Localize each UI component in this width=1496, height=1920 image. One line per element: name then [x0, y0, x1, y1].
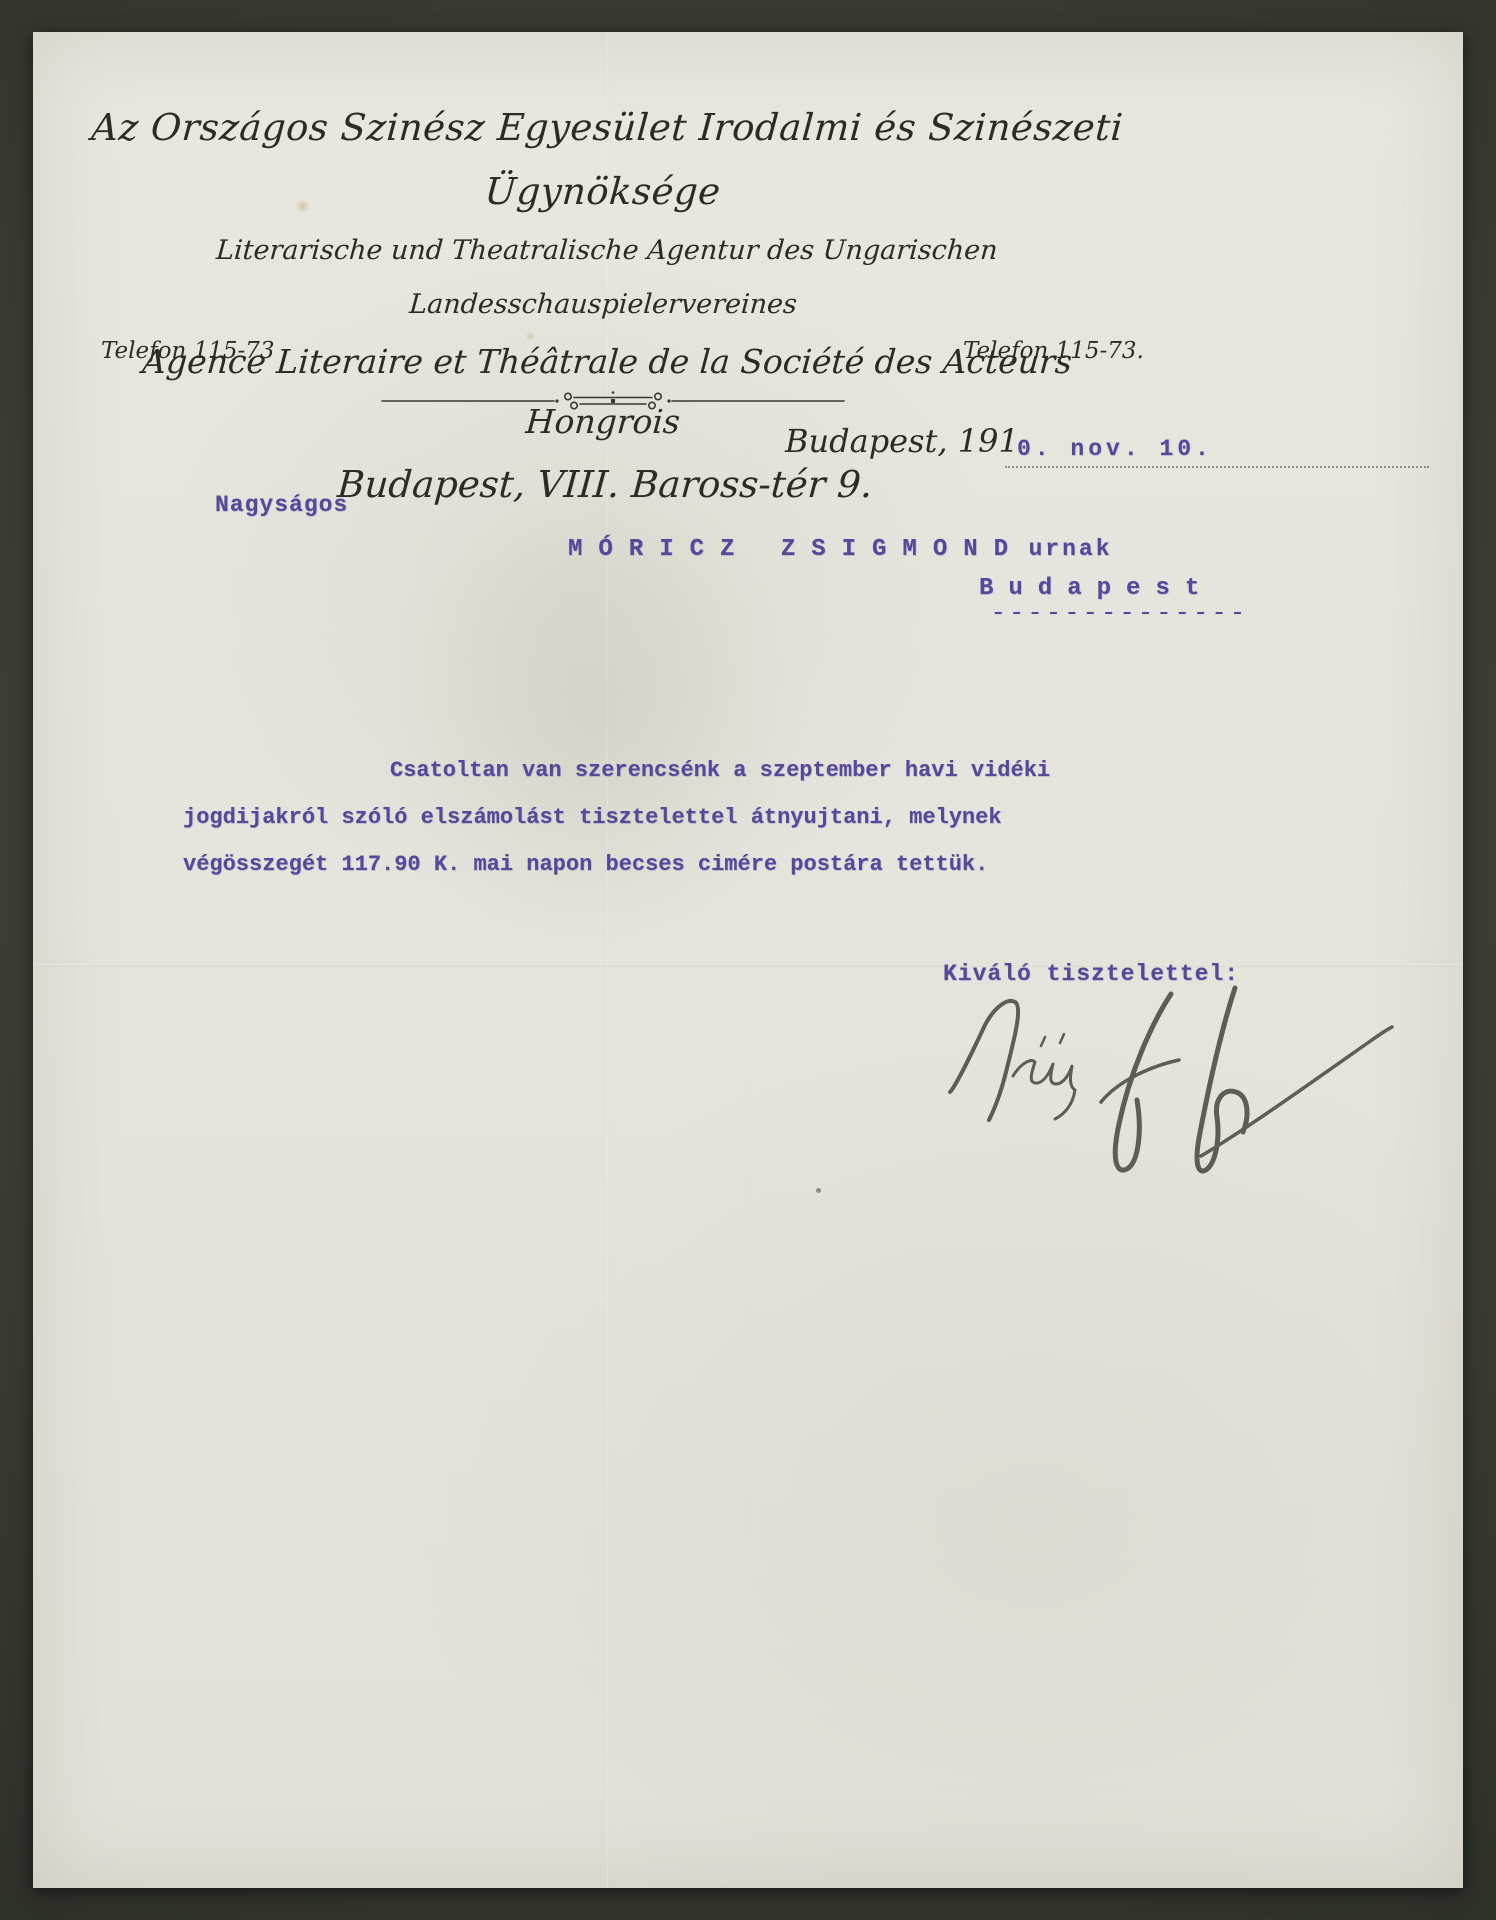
- body-line-1: Csatoltan van szerencsénk a szeptember h…: [390, 758, 1050, 783]
- recipient-name-suffix: urnak: [1029, 536, 1113, 562]
- handwritten-signature: [913, 980, 1413, 1190]
- recipient-underline: --------------: [991, 604, 1249, 623]
- recipient-name-line: MÓRICZ ZSIGMOND urnak: [568, 536, 1113, 563]
- divider-ornament: [378, 388, 848, 414]
- date-printed-prefix: Budapest, 191: [785, 422, 1019, 460]
- telefon-number-right: Telefon 115-73.: [963, 338, 1144, 364]
- telefon-number-left: Telefon 115-73: [101, 338, 275, 364]
- ink-speck: [816, 1188, 821, 1193]
- fold-crease-vertical-2: [745, 452, 747, 1552]
- body-line-3: végösszegét 117.90 K. mai napon becses c…: [183, 852, 988, 877]
- letterhead-line-hungarian: Az Országos Szinész Egyesület Irodalmi é…: [71, 96, 1140, 224]
- ink-bleedthrough-stain: [363, 452, 823, 972]
- date-dotted-line: [1005, 440, 1429, 468]
- scan-background: Az Országos Szinész Egyesület Irodalmi é…: [0, 0, 1496, 1920]
- letterhead-line-german: Literarische und Theatralische Agentur d…: [71, 224, 1139, 332]
- fold-crease-horizontal: [33, 964, 1463, 967]
- recipient-name: MÓRICZ ZSIGMOND: [568, 536, 1024, 563]
- salutation: Nagyságos: [215, 492, 348, 518]
- recipient-city: Budapest: [979, 575, 1214, 602]
- letter-paper: Az Országos Szinész Egyesület Irodalmi é…: [33, 32, 1463, 1888]
- body-line-2: jogdijakról szóló elszámolást tisztelett…: [183, 805, 1002, 830]
